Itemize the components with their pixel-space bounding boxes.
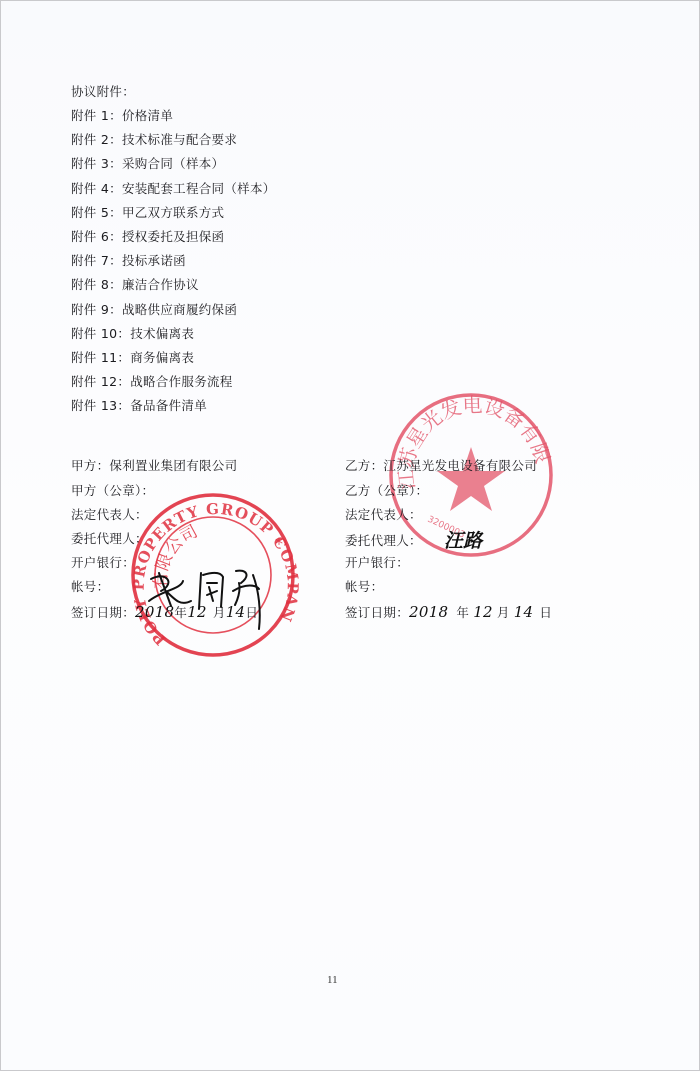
party-b-seal-label: 乙方（公章）： bbox=[345, 483, 428, 499]
page-number: 11 bbox=[327, 974, 338, 986]
party-b-date-year: 2018 bbox=[409, 603, 448, 621]
attachment-item: 附件 5：甲乙双方联系方式 bbox=[71, 205, 224, 221]
party-b-date-row: 签订日期：2018年12月14日 bbox=[345, 604, 552, 621]
party-a-date-label: 签订日期： bbox=[71, 605, 135, 620]
document-page: 协议附件： 附件 1：价格清单附件 2：技术标准与配合要求附件 3：采购合同（样… bbox=[0, 0, 700, 1071]
party-a-account-label: 帐号： bbox=[71, 579, 109, 595]
attachment-item: 附件 2：技术标准与配合要求 bbox=[71, 132, 237, 148]
svg-text:江苏星光发电设备有限公司: 江苏星光发电设备有限公司 bbox=[385, 389, 555, 491]
party-b-name: 乙方：江苏星光发电设备有限公司 bbox=[345, 458, 537, 474]
party-b-account-label: 帐号： bbox=[345, 579, 383, 595]
party-b-year-unit: 年 bbox=[456, 605, 469, 620]
attachment-item: 附件 7：投标承诺函 bbox=[71, 253, 186, 269]
attachment-title: 战略供应商履约保函 bbox=[122, 302, 237, 317]
attachment-label: 附件 1： bbox=[71, 108, 122, 123]
attachment-label: 附件 8： bbox=[71, 277, 122, 292]
attachment-title: 采购合同（样本） bbox=[122, 156, 224, 171]
attachment-title: 技术标准与配合要求 bbox=[122, 132, 237, 147]
party-b-legal-rep-label: 法定代表人： bbox=[345, 507, 422, 523]
party-a-bank-label: 开户银行： bbox=[71, 555, 135, 571]
attachment-title: 廉洁合作协议 bbox=[122, 277, 199, 292]
attachment-title: 技术偏离表 bbox=[130, 326, 194, 341]
party-b-agent-label: 委托代理人： bbox=[345, 533, 422, 548]
party-b-month-unit: 月 bbox=[497, 605, 510, 620]
attachment-title: 安装配套工程合同（样本） bbox=[122, 181, 276, 196]
attachment-label: 附件 7： bbox=[71, 253, 122, 268]
attachment-item: 附件 4：安装配套工程合同（样本） bbox=[71, 181, 276, 197]
party-a-legal-rep-label: 法定代表人： bbox=[71, 507, 148, 523]
party-b-bank-label: 开户银行： bbox=[345, 555, 409, 571]
attachment-label: 附件 12： bbox=[71, 374, 130, 389]
attachment-item: 附件 12：战略合作服务流程 bbox=[71, 374, 233, 390]
attachment-item: 附件 8：廉洁合作协议 bbox=[71, 277, 199, 293]
attachments-heading: 协议附件： bbox=[71, 84, 135, 100]
attachment-label: 附件 11： bbox=[71, 350, 130, 365]
attachment-item: 附件 9：战略供应商履约保函 bbox=[71, 302, 237, 318]
party-b-agent-signature: 汪路 bbox=[444, 530, 483, 552]
party-a-agent-label: 委托代理人： bbox=[71, 531, 148, 547]
attachment-title: 战略合作服务流程 bbox=[130, 374, 232, 389]
party-a-signature bbox=[141, 561, 271, 631]
attachment-label: 附件 13： bbox=[71, 398, 130, 413]
attachment-label: 附件 3： bbox=[71, 156, 122, 171]
attachment-item: 附件 6：授权委托及担保函 bbox=[71, 229, 224, 245]
attachment-label: 附件 10： bbox=[71, 326, 130, 341]
attachment-title: 投标承诺函 bbox=[122, 253, 186, 268]
party-b-date-month: 12 bbox=[473, 603, 493, 621]
attachment-label: 附件 9： bbox=[71, 302, 122, 317]
party-b-date-label: 签订日期： bbox=[345, 605, 409, 620]
attachment-title: 备品备件清单 bbox=[130, 398, 207, 413]
attachment-title: 甲乙双方联系方式 bbox=[122, 205, 224, 220]
attachment-item: 附件 1：价格清单 bbox=[71, 108, 173, 124]
attachment-label: 附件 5： bbox=[71, 205, 122, 220]
svg-text:*: * bbox=[275, 534, 283, 553]
attachment-label: 附件 4： bbox=[71, 181, 122, 196]
attachment-label: 附件 6： bbox=[71, 229, 122, 244]
attachment-item: 附件 11：商务偏离表 bbox=[71, 350, 194, 366]
attachment-title: 价格清单 bbox=[122, 108, 173, 123]
attachment-title: 商务偏离表 bbox=[130, 350, 194, 365]
attachment-item: 附件 10：技术偏离表 bbox=[71, 326, 194, 342]
party-b-date-day: 14 bbox=[514, 603, 534, 621]
attachment-title: 授权委托及担保函 bbox=[122, 229, 224, 244]
party-a-name: 甲方：保利置业集团有限公司 bbox=[71, 458, 237, 474]
attachment-label: 附件 2： bbox=[71, 132, 122, 147]
attachment-item: 附件 3：采购合同（样本） bbox=[71, 156, 224, 172]
attachment-item: 附件 13：备品备件清单 bbox=[71, 398, 207, 414]
party-b-day-unit: 日 bbox=[539, 605, 552, 620]
party-a-seal-label: 甲方（公章）： bbox=[71, 483, 154, 499]
party-b-agent-row: 委托代理人：汪路 bbox=[345, 531, 482, 549]
